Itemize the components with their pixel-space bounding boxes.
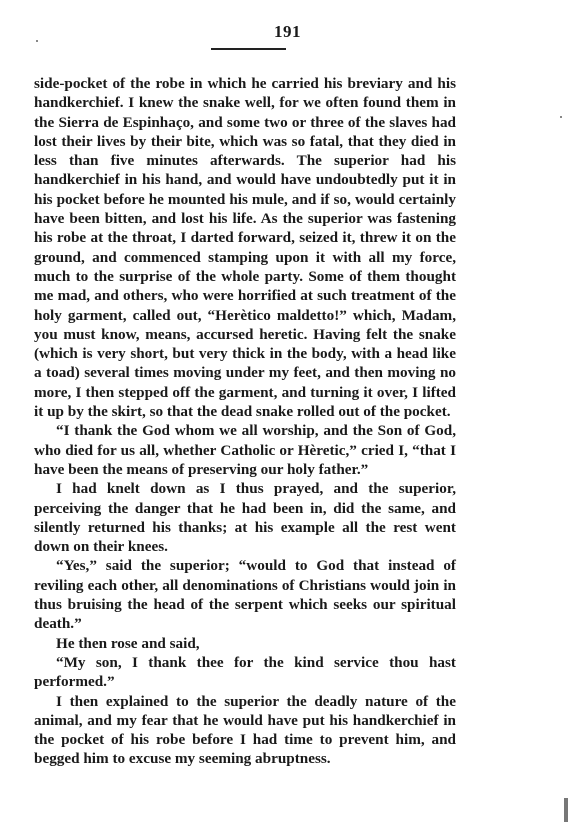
paragraph: “I thank the God whom we all worship, an… <box>34 421 456 479</box>
paragraph: I had knelt down as I thus prayed, and t… <box>34 479 456 556</box>
paragraph: I then explained to the superior the dea… <box>34 692 456 769</box>
scan-speck <box>560 116 562 118</box>
scan-speck <box>36 40 38 42</box>
body-text: side-pocket of the robe in which he carr… <box>34 74 456 769</box>
paragraph: “My son, I thank thee for the kind servi… <box>34 653 456 692</box>
paragraph: side-pocket of the robe in which he carr… <box>34 74 456 421</box>
page-edge-mark <box>564 798 568 822</box>
page-number-rule <box>211 48 286 50</box>
paragraph: He then rose and said, <box>34 634 456 653</box>
page-number: 191 <box>0 22 575 42</box>
paragraph: “Yes,” said the superior; “would to God … <box>34 556 456 633</box>
